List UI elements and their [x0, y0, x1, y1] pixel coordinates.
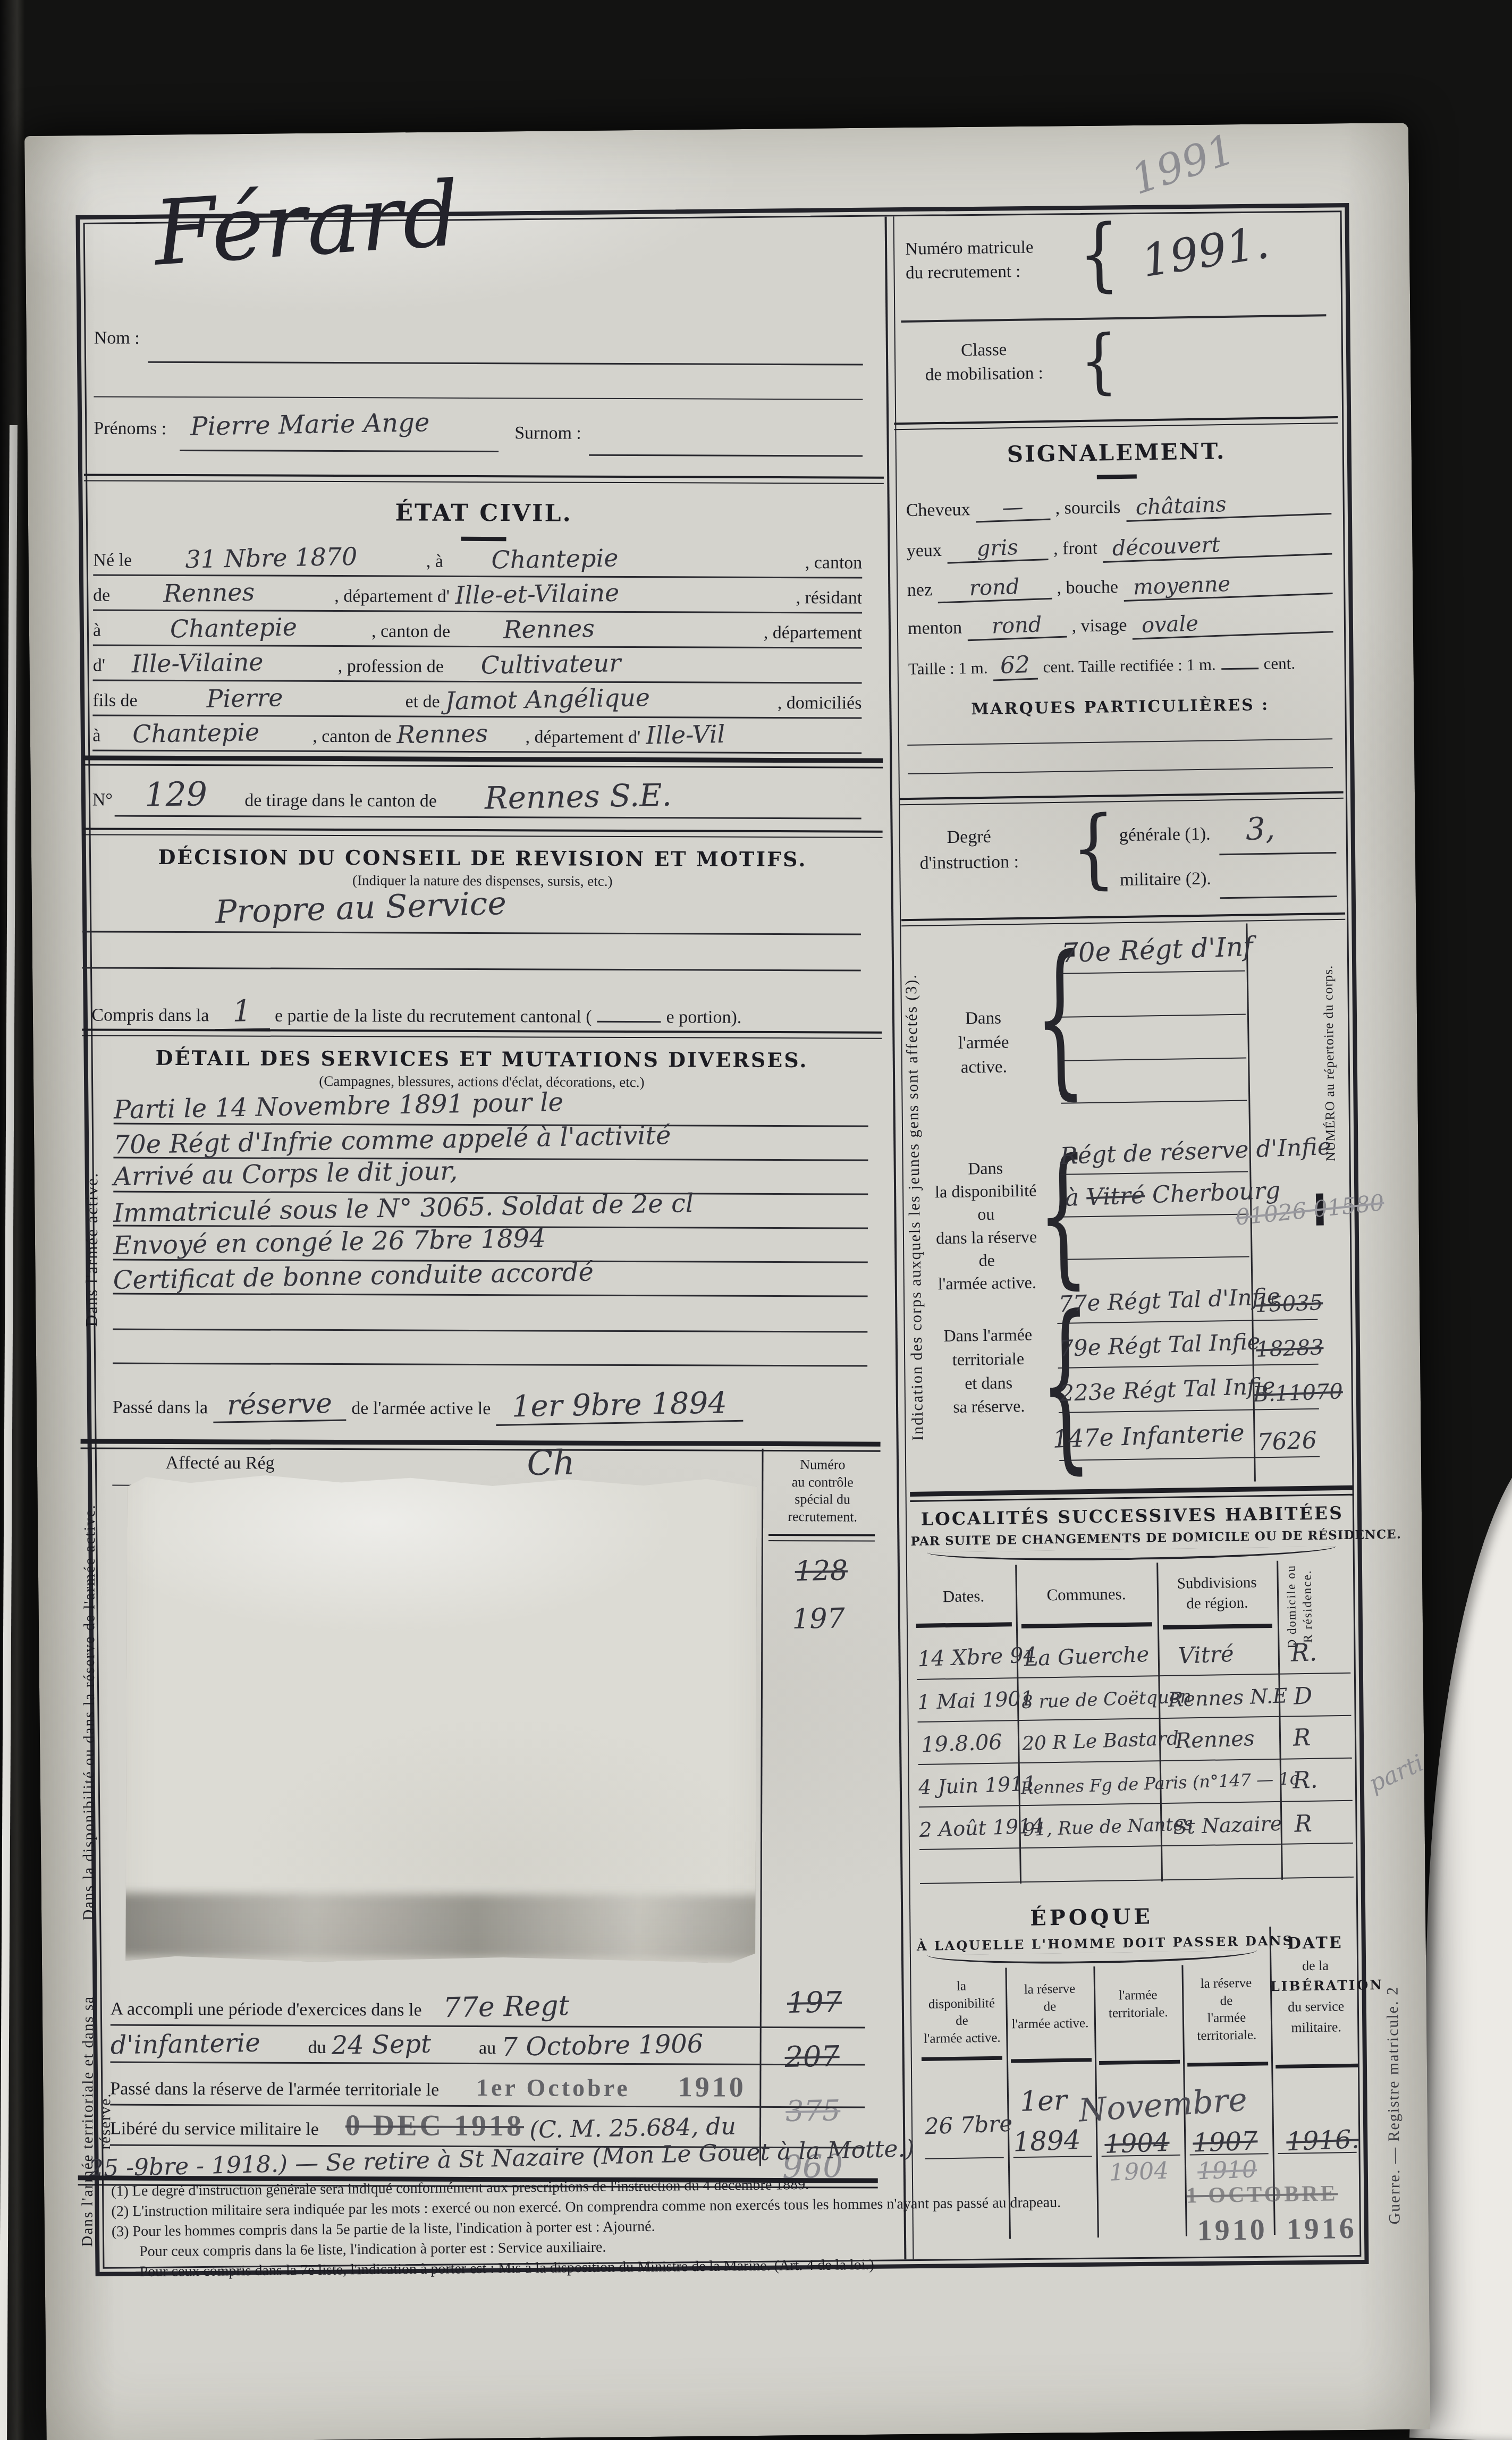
loc-empty-line: [920, 1877, 1354, 1884]
register-side-label: Guerre. — Registre matricule. 2: [1383, 1893, 1405, 2318]
nom-line-2: [94, 396, 863, 400]
ep-h-rule-4: [1187, 2062, 1268, 2066]
ep-hw-c1: 26 7bre: [924, 2110, 1013, 2140]
scanned-military-register-page: 1991 Férard Nom : Prénoms : Pierre Marie…: [0, 0, 1512, 2440]
terr-corps-1: 77e Régt Tal d'Infie: [1058, 1283, 1280, 1317]
controle-num-128: 128: [795, 1555, 848, 1588]
margin-note-parti: parti: [1365, 1749, 1428, 1797]
side-label-armee-active: Dans l'armée active.: [82, 1074, 102, 1425]
printed-frame-inner: Férard Nom : Prénoms : Pierre Marie Ange…: [83, 210, 1362, 2269]
civil-line-5: fils de Pierre et de Jamot Angélique , d…: [92, 683, 861, 719]
marques-blank-1: [907, 738, 1332, 746]
loc-r1-line: [917, 1673, 1350, 1680]
ep-col2-header: la réservede l'armée active.: [1006, 1980, 1094, 2033]
service-line-6: Certificat de bonne conduite accordé: [113, 1261, 868, 1297]
loc-r2-dr: D: [1293, 1683, 1313, 1710]
ep-col1-header: ladisponibilité del'armée active.: [917, 1978, 1007, 2048]
loc-r5-subdiv: St Nazaire: [1173, 1812, 1282, 1839]
tirage-row: N° 129 de tirage dans le canton de Renne…: [92, 774, 861, 818]
terr-num-4: 7626: [1257, 1427, 1317, 1456]
loc-r3-date: 19.8.06: [920, 1730, 1002, 1757]
controle-header-4: recrutement.: [763, 1508, 882, 1525]
rule-3: [83, 828, 883, 838]
generale-line: [1219, 852, 1336, 855]
ep-h-rule-3: [1099, 2060, 1180, 2065]
localites-subtitle: PAR SUITE DE CHANGEMENTS DE DOMICILE OU …: [910, 1528, 1354, 1549]
sig-row-taille: Taille : 1 m. 62 cent. Taille rectifiée …: [908, 647, 1334, 685]
loc-r3-commune: 20 R Le Bastard: [1021, 1728, 1179, 1755]
militaire-line: [1220, 896, 1337, 899]
civil-line-6: à Chantepie , canton de Rennes , départe…: [92, 718, 861, 754]
decision-title: DÉCISION DU CONSEIL DE REVISION ET MOTIF…: [82, 845, 882, 871]
loc-col-dr: D domicile ou R résidence.: [1283, 1564, 1316, 1649]
loc-col-communes: Communes.: [1016, 1584, 1158, 1605]
loc-header-rule-1: [916, 1622, 1012, 1628]
classe-label: Classe de mobilisation :: [925, 337, 1043, 386]
controle-header-3: spécial du: [763, 1491, 882, 1508]
loc-r3-subdiv: Rennes: [1175, 1726, 1255, 1753]
side-label-indication-corps: Indication des corps auxquels les jeunes…: [902, 934, 928, 1481]
terr-line-4: [1059, 1456, 1320, 1461]
loc-r5-dr: R: [1294, 1810, 1313, 1838]
prenoms-label: Prénoms :: [94, 418, 166, 438]
loc-col-subdiv: Subdivisions de région.: [1156, 1573, 1277, 1615]
surnom-line: [589, 454, 863, 457]
loc-r5-commune: 91, Rue de Nantes: [1023, 1813, 1193, 1840]
loc-r2-date: 1 Mai 1901: [917, 1686, 1034, 1714]
rule-r1: [894, 416, 1338, 430]
rule-r3: [901, 913, 1345, 926]
signalement-title: SIGNALEMENT.: [894, 436, 1339, 469]
terr-corps-4: 147e Infanterie: [1052, 1418, 1245, 1454]
active-line-4: [1061, 1100, 1247, 1104]
generale-value: 3,: [1245, 810, 1276, 847]
corps-dispo-label: Dans la disponibilité ou dans la réserve…: [930, 1156, 1043, 1295]
civil-line-3: à Chantepie , canton de Rennes , départe…: [93, 613, 862, 648]
ep-hw-c2a: 1er: [1019, 2084, 1068, 2118]
epoque-title: ÉPOQUE: [916, 1902, 1268, 1932]
footnotes: (1) Le degré d'instruction générale sera…: [111, 2171, 1350, 2281]
nom-label: Nom :: [94, 328, 140, 348]
terr-line-2: [1058, 1364, 1319, 1369]
loc-header-rule-3: [1163, 1624, 1272, 1630]
passe-reserve-row: Passé dans la réserve de l'armée active …: [113, 1386, 867, 1428]
ep-col3-header: l'arméeterritoriale.: [1094, 1987, 1182, 2022]
service-line-1: Parti le 14 Novembre 1891 pour le: [114, 1091, 868, 1127]
controle-num-197: 197: [792, 1602, 845, 1635]
rule-1: [84, 474, 884, 484]
terr-num-1: 15035: [1255, 1290, 1323, 1318]
side-label-territoriale: Dans l'armée territoriale et dans sa rés…: [79, 1972, 115, 2270]
ep-row-line-1: [925, 2157, 1004, 2159]
affecte-fragment-hw: Ch: [527, 1443, 575, 1484]
signalement-dash: [1097, 475, 1137, 479]
terr-corps-3: 223e Régt Tal Infie: [1060, 1373, 1276, 1406]
sig-row-4: menton rond , visage ovale: [908, 609, 1333, 644]
civil-line-4: d' Ille-Vilaine , profession de Cultivat…: [93, 648, 862, 683]
terr-line-1: [1057, 1319, 1317, 1324]
ep-hw-across: Novembre: [1077, 2081, 1248, 2130]
active-line-2: [1060, 1014, 1246, 1018]
accompli-row-2: d'infanterie du 24 Sept au 7 Octobre 190…: [111, 2029, 865, 2066]
corps-active-value: 70e Régt d'Inf: [1061, 931, 1253, 969]
service-line-5: Envoyé en congé le 26 7bre 1894: [113, 1227, 868, 1263]
prenoms-value: Pierre Marie Ange: [190, 408, 430, 442]
sig-row-1: Cheveux — , sourcils châtains: [906, 491, 1331, 526]
sig-row-2: yeux gris , front découvert: [906, 531, 1332, 566]
loc-header-rule-2: [1021, 1622, 1152, 1628]
paper-sheet: 1991 Férard Nom : Prénoms : Pierre Marie…: [24, 123, 1431, 2440]
civil-line-2: de Rennes , département d' Ille-et-Vilai…: [93, 578, 862, 613]
loc-r2-commune: 8 rue de Coëtquen: [1021, 1686, 1192, 1713]
loc-r1-subdiv: Vitré: [1178, 1641, 1235, 1669]
glued-paper-overlay: [125, 1472, 757, 1963]
pencil-folio-number: 1991: [1125, 125, 1240, 204]
service-line-4: Immatriculé sous le N° 3065. Soldat de 2…: [113, 1193, 868, 1229]
matricule-label: Numéro matricule du recrutement :: [905, 235, 1034, 285]
corps-active-label: Dans l'armée active.: [933, 1006, 1035, 1080]
matricule-value: 1991.: [1138, 216, 1272, 288]
decision-value: Propre au Service: [215, 885, 507, 931]
passe-territoriale-row: Passé dans la réserve de l'armée territo…: [110, 2068, 865, 2108]
left-column: Férard Nom : Prénoms : Pierre Marie Ange…: [78, 224, 884, 2264]
degre-brace: {: [1071, 804, 1116, 891]
decision-line-1: [82, 931, 861, 935]
surnom-label: Surnom :: [514, 423, 581, 443]
etat-civil-title: ÉTAT CIVIL.: [84, 498, 884, 528]
overlay-smudge: [117, 1893, 768, 1959]
printed-frame: Férard Nom : Prénoms : Pierre Marie Ange…: [75, 203, 1369, 2276]
service-blank-2: [113, 1363, 867, 1367]
generale-label: générale (1).: [1119, 824, 1211, 846]
ep-col5-header: DATE de la LIBÉRATION du service militai…: [1269, 1931, 1362, 2038]
terr-num-3: B.11070: [1253, 1379, 1344, 1407]
side-label-disponibilite: Dans la disponibilité ou dans la réserve…: [80, 1462, 99, 1962]
right-column: Numéro matricule du recrutement : { 1991…: [891, 210, 1365, 2254]
terr-line-3: [1059, 1408, 1319, 1413]
active-line-1: [1059, 970, 1245, 974]
services-title: DÉTAIL DES SERVICES ET MUTATIONS DIVERSE…: [82, 1045, 882, 1072]
localites-title: LOCALITÉS SUCCESSIVES HABITÉES: [910, 1502, 1354, 1530]
matricule-brace: {: [1078, 215, 1120, 295]
affecte-fragment: Affecté au Rég: [165, 1453, 274, 1474]
etat-civil-dash: [461, 537, 506, 541]
loc-r3-line: [918, 1758, 1352, 1765]
ep-h-rule-5: [1276, 2064, 1358, 2068]
loc-r1-commune: La Guerche: [1024, 1642, 1150, 1671]
active-line-3: [1060, 1058, 1246, 1061]
ep-h-rule-2: [1011, 2058, 1092, 2063]
loc-r1-date: 14 Xbre 94: [917, 1643, 1037, 1671]
service-line-3: Arrivé au Corps le dit jour,: [113, 1159, 868, 1195]
service-blank-1: [113, 1329, 867, 1333]
localites-swash: [927, 1546, 1336, 1563]
civil-line-1: Né le 31 Nbre 1870 , à Chantepie , canto…: [93, 543, 862, 578]
loc-r4-date: 4 Juin 1911: [918, 1771, 1037, 1799]
prenoms-line: [180, 450, 499, 452]
ep-hw-c2b: 1894: [1012, 2124, 1081, 2158]
localites-table: Dates. Communes. Subdivisions de région.…: [911, 1560, 1359, 1885]
loc-r3-dr: R: [1293, 1724, 1311, 1752]
loc-r5-line: [919, 1843, 1353, 1850]
ep-col4-header: la réservede l'arméeterritoriale.: [1182, 1974, 1271, 2045]
sig-row-3: nez rond , bouche moyenne: [907, 570, 1333, 605]
marques-label: MARQUES PARTICULIÈRES :: [898, 695, 1342, 720]
service-line-2: 70e Régt d'Infrie comme appelé à l'activ…: [113, 1125, 868, 1161]
controle-header-1: Numéro: [763, 1456, 882, 1474]
surname-handwritten-large: Férard: [151, 162, 463, 286]
rule-r2: [900, 791, 1344, 805]
controle-header-rule: [768, 1534, 875, 1542]
classe-brace: {: [1080, 325, 1118, 396]
corps-dispo-value-1: Régt de réserve d'Infie: [1060, 1133, 1332, 1170]
rule-r4: [910, 1485, 1354, 1502]
loc-r2-line: [918, 1715, 1351, 1723]
dispo-old-location: Vitré: [1086, 1182, 1145, 1211]
corps-terr-label: Dans l'armée territoriale et dans sa rés…: [932, 1322, 1045, 1419]
decision-line-2: [82, 967, 861, 971]
rule-5: [81, 1439, 881, 1451]
militaire-label: militaire (2).: [1120, 869, 1211, 891]
marques-blank-2: [908, 767, 1333, 774]
loc-r4-dr: R.: [1292, 1766, 1318, 1794]
degre-label: Degré d'instruction :: [919, 824, 1019, 876]
loc-col-dates: Dates.: [911, 1586, 1016, 1607]
nom-line: [148, 361, 863, 366]
controle-header-2: au contrôle: [763, 1473, 882, 1491]
rule-2: [83, 755, 883, 768]
loc-r2-subdiv: Rennes N.E: [1168, 1684, 1288, 1711]
accompli-row: A accompli une période d'exercices dans …: [111, 1990, 865, 2029]
loc-r1-dr: R.: [1290, 1637, 1317, 1667]
ep-h-rule-1: [922, 2056, 1002, 2061]
terr-num-2: 18283: [1255, 1335, 1324, 1362]
loc-r4-line: [919, 1800, 1353, 1808]
